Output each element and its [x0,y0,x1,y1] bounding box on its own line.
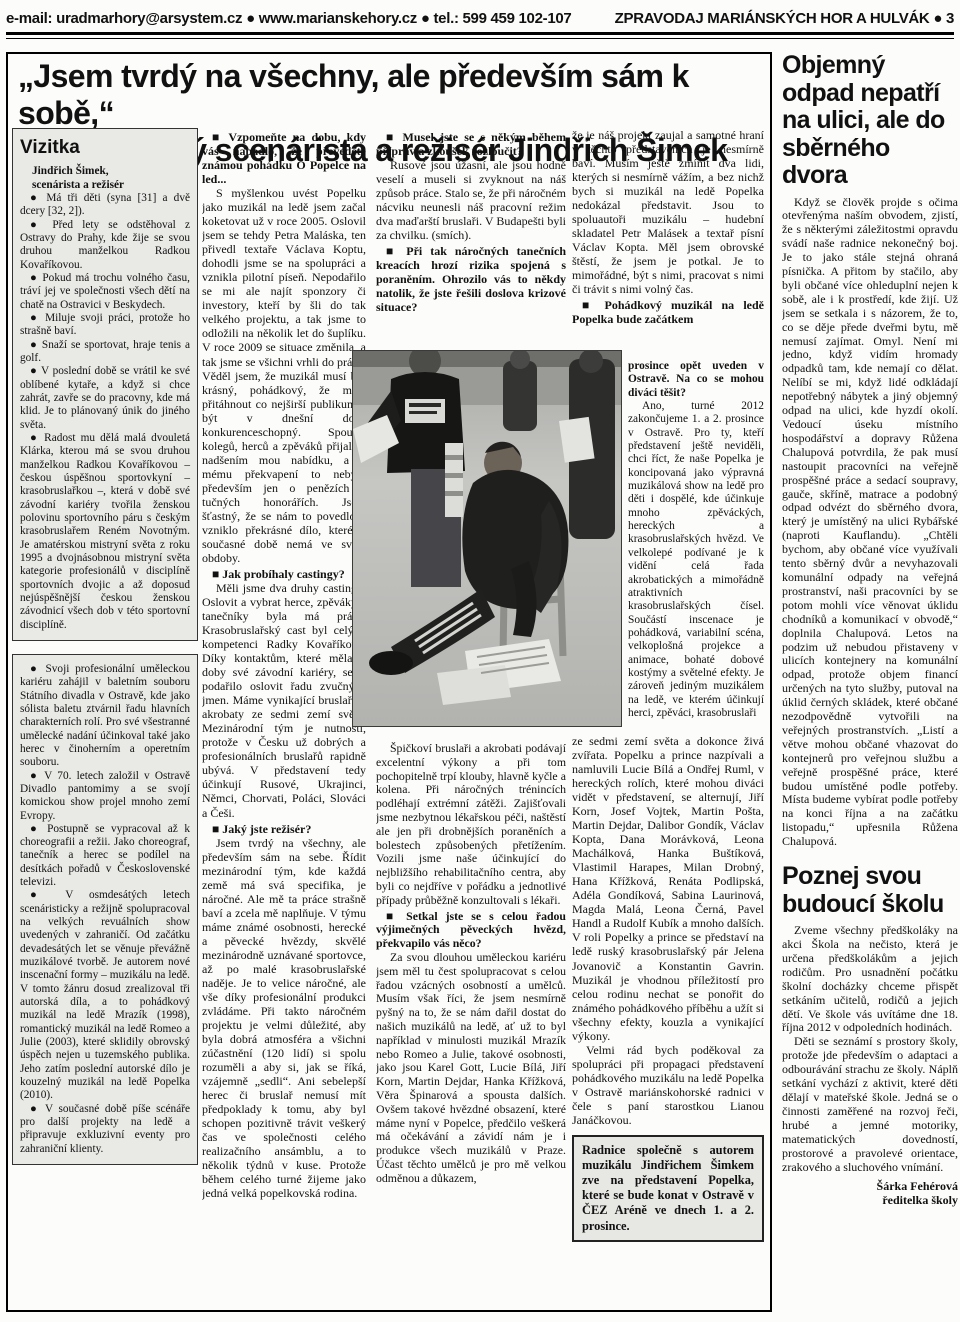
vizitka-title: Vizitka [20,137,190,159]
interview-column-3-bottom: Špičkoví bruslaři a akrobati podávají ex… [376,742,566,1304]
vizitka-fact: ● Má tři děti (syna [31] a dvě dcery [32… [20,192,190,219]
vizitka-fact: ● Před lety se odstěhoval z Ostravy do P… [20,219,190,272]
question-paragraph: ■ Setkal jste se s celou řadou výjimečný… [376,910,566,951]
interview-column-4-bottom: ze sedmi zemí světa a dokonce živá zvířa… [572,734,764,1308]
photo-shoe [369,651,413,675]
question-paragraph: ■ Vzpomeňte na dobu, kdy vás napadlo, že… [202,130,366,186]
sidebar-article1-title: Objemný odpad nepatří na ulici, ale do s… [782,52,958,190]
vizitka-fact: ● V poslední době se vrátil ke své oblíb… [20,365,190,432]
interview-column-4-top: že je náš projekt zaujal a samotné hraní… [572,128,764,358]
answer-continuation-paragraph: ze sedmi zemí světa a dokonce živá zvířa… [572,734,764,1043]
interview-column-2: ■ Vzpomeňte na dobu, kdy vás napadlo, že… [202,128,366,1304]
vizitka-career-item: ● V 70. letech založil v Ostravě Divadlo… [20,770,190,823]
vizitka-role: scenárista a režisér [20,179,190,192]
header-masthead: ZPRAVODAJ MARIÁNSKÝCH HOR A HULVÁK ● 3 [615,10,954,27]
vizitka-box-personal: Vizitka Jindřich Šimek, scenárista a rež… [12,128,198,641]
interview-column-4-side: prosince opět uveden v Ostravě. Na co se… [628,358,764,724]
vizitka-name: Jindřich Šimek, [20,165,190,178]
vizitka-career-item: ● V současné době píše scénáře pro další… [20,1103,190,1156]
vizitka-fact: ● Snaží se sportovat, hraje tenis a golf… [20,339,190,366]
question-paragraph: ■ Jak probíhaly castingy? [202,567,366,581]
header-rule [6,32,954,39]
vizitka-career-item: ● V osmdesátých letech scenáristicky a r… [20,889,190,1102]
interview-column-3-top: ■ Musel jste se s někým během příprav a … [376,128,566,348]
article-photo [352,350,622,727]
question-paragraph: ■ Při tak náročných tanečních kreacích h… [376,244,566,314]
vizitka-fact: ● Radost mu dělá malá dvouletá Klárka, k… [20,432,190,632]
sidebar-article2-title: Poznej svou budoucí školu [782,863,958,918]
photo-illustration [353,351,621,726]
sidebar-article2-paragraph: Děti se seznámí s prostory školy, protož… [782,1035,958,1174]
thanks-paragraph: Velmi rád bych poděkoval za spolupráci p… [572,1043,764,1127]
answer-paragraph: Za svou dlouhou uměleckou kariéru jsem m… [376,951,566,1186]
main-article-box: „Jsem tvrdý na všechny, ale především sá… [6,52,772,1312]
page-header: e-mail: uradmarhory@arsystem.cz ● www.ma… [6,6,954,30]
vizitka-fact: ● Miluje svoji práci, protože ho strašně… [20,312,190,339]
vizitka-career-item: ● Postupně se vypracoval až k choreograf… [20,823,190,890]
sidebar-article2-paragraph: Zveme všechny předškoláky na akci Škola … [782,924,958,1035]
question-continuation-paragraph: prosince opět uveden v Ostravě. Na co se… [628,360,764,400]
header-contact: e-mail: uradmarhory@arsystem.cz ● www.ma… [6,10,571,27]
headline-line-1: „Jsem tvrdý na všechny, ale především sá… [18,58,760,132]
question-paragraph: ■ Musel jste se s někým během příprav a … [376,130,566,158]
vizitka-fact: ● Pokud má trochu volného času, tráví je… [20,272,190,312]
signature-role: ředitelka školy [782,1194,958,1208]
answer-paragraph: Ano, turné 2012 zakončujeme 1. a 2. pros… [628,400,764,720]
newspaper-page: e-mail: uradmarhory@arsystem.cz ● www.ma… [0,0,960,1322]
answer-paragraph: Rusové jsou úžasní, ale jsou hodně vesel… [376,158,566,242]
answer-paragraph: Jsem tvrdý na všechny, ale především sám… [202,836,366,1201]
question-paragraph: ■ Pohádkový muzikál na ledě Popelka bude… [572,298,764,326]
answer-continuation-paragraph: že je náš projekt zaujal a samotné hraní… [572,128,764,296]
sidebar-column: Objemný odpad nepatří na ulici, ale do s… [782,52,958,1316]
vizitka-column: Vizitka Jindřich Šimek, scenárista a rež… [12,128,198,1165]
answer-paragraph: Špičkoví bruslaři a akrobati podávají ex… [376,742,566,908]
sidebar-article1-body: Když se člověk projde s očima otevřenýma… [782,196,958,850]
invitation-text: Radnice společně s autorem muzikálu Jind… [582,1143,754,1234]
vizitka-career-item: ● Svoji profesionální uměleckou kariéru … [20,663,190,770]
answer-paragraph: Měli jsme dva druhy castingů. Oslovit a … [202,581,366,820]
answer-paragraph: S myšlenkou uvést Popelku jako muzikál n… [202,186,366,565]
question-paragraph: ■ Jaký jste režisér? [202,822,366,836]
signature-name: Šárka Fehérová [782,1180,958,1194]
vizitka-box-career: ● Svoji profesionální uměleckou kariéru … [12,654,198,1165]
invitation-box: Radnice společně s autorem muzikálu Jind… [572,1135,764,1242]
